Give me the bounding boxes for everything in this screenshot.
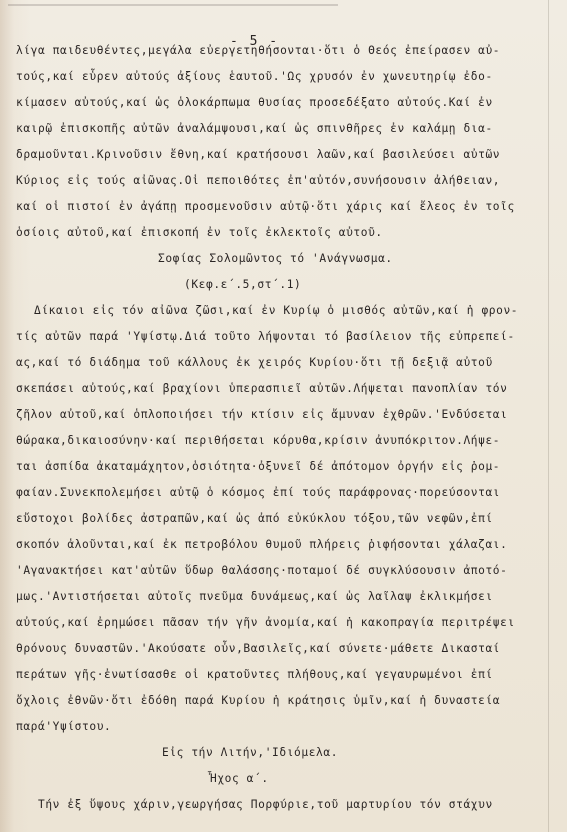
text-line: κίμασεν αὐτούς,καί ὡς ὁλοκάρπωμα θυσίας …: [16, 95, 493, 111]
text-line: φαίαν.Συνεκπολεμήσει αὐτῷ ὁ κόσμος ἐπί τ…: [16, 485, 500, 501]
text-line: τούς,καί εὗρεν αὐτούς ἀξίους ἑαυτοῦ.'Ως …: [16, 69, 493, 85]
text-line: ται ἀσπίδα ἀκαταμάχητον,ὁσιότητα·ὀξυνεῖ …: [16, 459, 500, 475]
text-line: θρόνους δυναστῶν.'Ακούσατε οὖν,Βασιλεῖς,…: [16, 641, 500, 657]
text-line: λίγα παιδευθέντες,μεγάλα εὐεργετηθήσοντα…: [16, 43, 500, 59]
text-line: παρά'Υψίστου.: [16, 719, 111, 735]
text-line: καιρῷ ἐπισκοπῆς αὐτῶν ἀναλάμψουσι,καί ὡς…: [16, 121, 493, 137]
text-line: θώρακα,δικαιοσύνην·καί περιθήσεται κόρυθ…: [16, 433, 500, 449]
text-line: ὄχλοις ἐθνῶν·ὅτι ἐδόθη παρά Κυρίου ἡ κρά…: [16, 693, 500, 709]
text-line: ας,καί τό διάδημα τοῦ κάλλους ἐκ χειρός …: [16, 355, 493, 371]
text-line: ζῆλον αὐτοῦ,καί ὁπλοποιήσει τήν κτίσιν ε…: [16, 407, 507, 423]
text-line: ὁσίοις αὐτοῦ,καί ἐπισκοπή ἐν τοῖς ἐκλεκτ…: [16, 225, 383, 241]
text-line: τίς αὐτῶν παρά 'Υψίστῳ.Διά τοῦτο λήψοντα…: [16, 329, 515, 345]
text-line: περάτων γῆς·ἐνωτίσασθε οἱ κρατοῦντες πλή…: [16, 667, 493, 683]
text-line: σκοπόν ἁλοῦνται,καί ἐκ πετροβόλου θυμοῦ …: [16, 537, 507, 553]
text-line: Κύριος εἰς τούς αἰῶνας.Οἱ πεποιθότες ἐπ'…: [16, 173, 500, 189]
text-line: αὐτούς,καί ἐρημώσει πᾶσαν τήν γῆν ἀνομία…: [16, 615, 515, 631]
text-line: Δίκαιοι εἰς τόν αἰῶνα ζῶσι,καί ἐν Κυρίῳ …: [34, 303, 518, 319]
text-line: μως.'Αντιστήσεται αὐτοῖς πνεῦμα δυνάμεως…: [16, 589, 493, 605]
document-page: - 5 - λίγα παιδευθέντες,μεγάλα εὐεργετηθ…: [0, 0, 567, 832]
reading-reference: (Κεφ.ε΄.5,στ΄.1): [184, 277, 301, 293]
reading-title: Σοφίας Σολομῶντος τό 'Ανάγνωσμα.: [158, 251, 393, 267]
text-line: Τήν ἐξ ὕψους χάριν,γεωργήσας Πορφύριε,το…: [38, 797, 493, 813]
text-line: εὔστοχοι βολίδες ἀστραπῶν,καί ὡς ἀπό εὐκ…: [16, 511, 493, 527]
hymn-tone: Ἦχος α΄.: [210, 771, 269, 787]
text-line: σκεπάσει αὐτούς,καί βραχίονι ὑπερασπιεῖ …: [16, 381, 507, 397]
text-line: δραμοῦνται.Κρινοῦσιν ἔθνη,καί κρατήσουσι…: [16, 147, 500, 163]
text-line: καί οἱ πιστοί ἐν ἀγάπῃ προσμενοῦσιν αὐτῷ…: [16, 199, 515, 215]
text-line: 'Αγανακτήσει κατ'αὐτῶν ὕδωρ θαλάσσης·ποτ…: [16, 563, 507, 579]
hymn-title: Εἰς τήν Λιτήν,'Ιδιόμελα.: [162, 745, 338, 761]
